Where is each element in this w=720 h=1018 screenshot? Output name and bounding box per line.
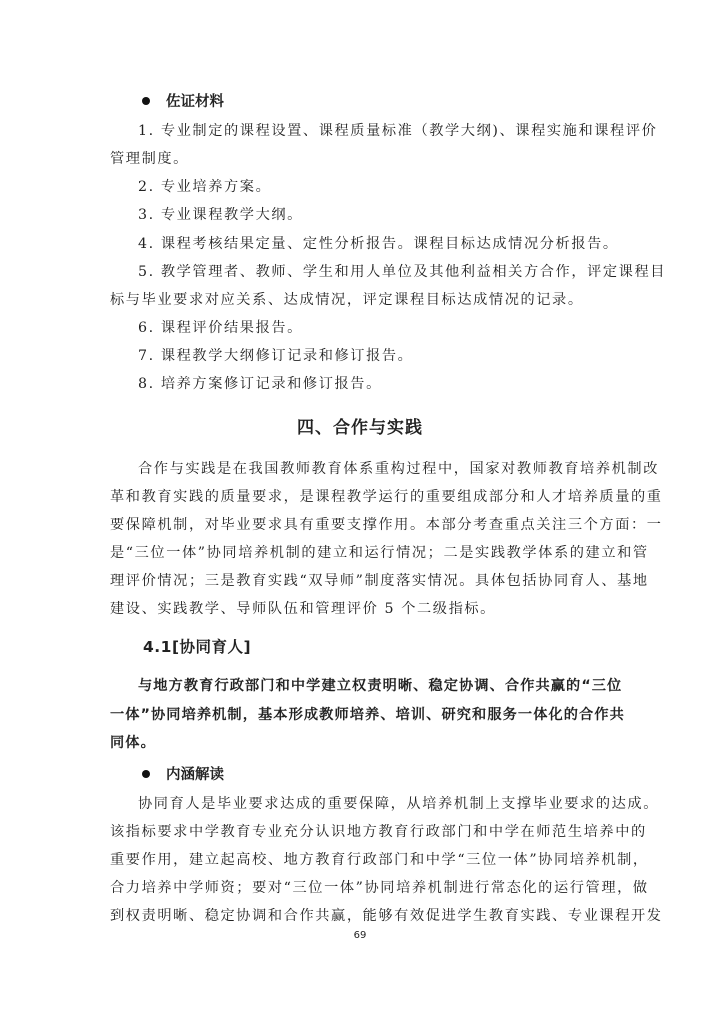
evidence-item-4: 4. 课程考核结果定量、定性分析报告。课程目标达成情况分析报告。 <box>138 234 638 254</box>
intro-line-2: 革和教育实践的质量要求，是课程教学运行的重要组成部分和人才培养质量的重 <box>110 487 610 507</box>
bullet-icon <box>142 97 150 105</box>
interpretation-heading: 内涵解读 <box>142 765 224 785</box>
evidence-item-6: 6. 课程评价结果报告。 <box>138 318 638 338</box>
interpretation-line-4: 合力培养中学师资；要对“三位一体”协同培养机制进行常态化的运行管理，做 <box>110 878 610 898</box>
standard-line-3: 同体。 <box>110 733 610 753</box>
intro-line-5: 理评价情况；三是教育实践“双导师”制度落实情况。具体包括协同育人、基地 <box>110 571 610 591</box>
evidence-item-3: 3. 专业课程教学大纲。 <box>138 205 638 225</box>
interpretation-line-1: 协同育人是毕业要求达成的重要保障，从培养机制上支撑毕业要求的达成。 <box>138 794 638 814</box>
interpretation-line-2: 该指标要求中学教育专业充分认识地方教育行政部门和中学在师范生培养中的 <box>110 822 610 842</box>
intro-line-6: 建设、实践教学、导师队伍和管理评价 5 个二级指标。 <box>110 599 610 619</box>
interpretation-line-5: 到权责明晰、稳定协调和合作共赢，能够有效促进学生教育实践、专业课程开发 <box>110 906 610 926</box>
evidence-item-8: 8. 培养方案修订记录和修订报告。 <box>138 374 638 394</box>
standard-line-2: 一体”协同培养机制，基本形成教师培养、培训、研究和服务一体化的合作共 <box>110 705 610 725</box>
standard-line-1: 与地方教育行政部门和中学建立权责明晰、稳定协调、合作共赢的“三位 <box>138 676 638 696</box>
indicator-title: 4.1[协同育人] <box>143 636 251 658</box>
interpretation-heading-text: 内涵解读 <box>166 767 224 783</box>
document-page: 佐证材料 1. 专业制定的课程设置、课程质量标准（教学大纲)、课程实施和课程评价… <box>0 0 720 1018</box>
evidence-item-1: 1. 专业制定的课程设置、课程质量标准（教学大纲)、课程实施和课程评价 <box>138 121 638 141</box>
evidence-item-2: 2. 专业培养方案。 <box>138 177 638 197</box>
evidence-item-1-cont: 管理制度。 <box>110 149 610 169</box>
evidence-item-7: 7. 课程教学大纲修订记录和修订报告。 <box>138 346 638 366</box>
intro-line-3: 要保障机制，对毕业要求具有重要支撑作用。本部分考查重点关注三个方面：一 <box>110 515 610 535</box>
chapter-title: 四、合作与实践 <box>0 417 720 439</box>
intro-line-1: 合作与实践是在我国教师教育体系重构过程中，国家对教师教育培养机制改 <box>138 459 638 479</box>
interpretation-line-3: 重要作用，建立起高校、地方教育行政部门和中学“三位一体”协同培养机制， <box>110 850 610 870</box>
evidence-item-5-cont: 标与毕业要求对应关系、达成情况，评定课程目标达成情况的记录。 <box>110 290 610 310</box>
page-number: 69 <box>0 930 720 941</box>
intro-line-4: 是“三位一体”协同培养机制的建立和运行情况；二是实践教学体系的建立和管 <box>110 543 610 563</box>
bullet-icon <box>142 770 150 778</box>
evidence-heading: 佐证材料 <box>142 92 224 112</box>
evidence-item-5: 5. 教学管理者、教师、学生和用人单位及其他利益相关方合作，评定课程目 <box>138 262 638 282</box>
evidence-heading-text: 佐证材料 <box>166 94 224 110</box>
